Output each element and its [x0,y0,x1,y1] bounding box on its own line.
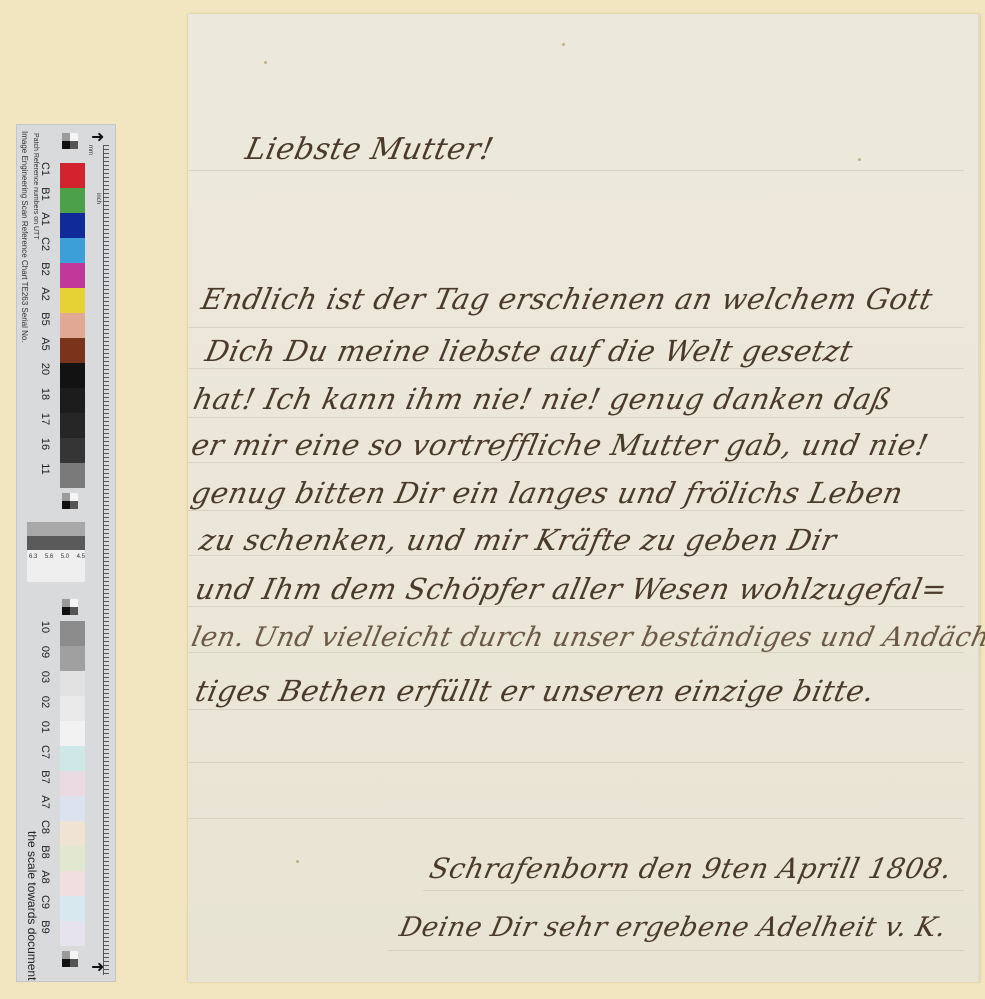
letter-line-6: zu schenken, und mir Kräfte zu geben Dir [196,523,839,557]
patch-c9: C9 [60,896,85,921]
patch-16: 16 [60,438,85,463]
gray-patches: 10 09 03 02 01 [60,621,85,746]
patch-b1: B1 [60,188,85,213]
patch-c8: C8 [60,821,85,846]
patch-a7: A7 [60,796,85,821]
letter-line-9: tiges Bethen erfüllt er unseren einzige … [192,674,877,708]
ruler-unit-mm: mm [87,145,93,155]
scale-footer-text: the scale towards document [25,831,39,980]
patch-c1: C1 [60,163,85,188]
patch-b9: B9 [60,921,85,946]
target-patch-reference-text: Patch Reference numbers on UTT [32,133,39,240]
letter-line-8: len. Und vielleicht durch unser beständi… [189,622,985,653]
patch-c7: C7 [60,746,85,771]
letter-line-3: hat! Ich kann ihm nie! nie! genug danken… [190,382,895,416]
checker-mark-top [62,133,78,149]
patch-01: 01 [60,721,85,746]
pastel-patches: C7 B7 A7 C8 B8 A8 C9 B9 [60,746,85,946]
checker-mark-lower [62,599,78,615]
patch-b5: B5 [60,313,85,338]
checker-mark-middle [62,493,78,509]
patch-02: 02 [60,696,85,721]
letter-dateline: Schrafenborn den 9ten Aprill 1808. [426,852,955,885]
letter-line-2: Dich Du meine liebste auf die Welt geset… [202,334,855,368]
resolution-block: 6.3 5.6 5.0 4.5 [27,522,85,582]
letter-line-4: er mir eine so vortreffliche Mutter gab,… [188,428,931,462]
letter-line-1: Endlich ist der Tag erschienen an welche… [198,282,936,316]
patch-b7: B7 [60,771,85,796]
letter-paper: Liebste Mutter! Endlich ist der Tag ersc… [188,14,980,982]
patch-a8: A8 [60,871,85,896]
patch-11: 11 [60,463,85,488]
patch-a5: A5 [60,338,85,363]
letter-line-5: genug bitten Dir ein langes und frölichs… [188,476,906,510]
letter-signature: Deine Dir sehr ergebene Adelheit v. K. [397,912,949,943]
patch-20: 20 [60,363,85,388]
patch-c2: C2 [60,238,85,263]
ruler-unit-inch: inch [95,193,101,204]
letter-line-7: und Ihm dem Schöpfer aller Wesen wohlzug… [192,572,950,606]
patch-18: 18 [60,388,85,413]
color-patches: C1 B1 A1 C2 B2 A2 B5 A5 20 18 17 16 11 [60,163,85,488]
patch-a2: A2 [60,288,85,313]
patch-b2: B2 [60,263,85,288]
patch-10: 10 [60,621,85,646]
resolution-labels: 6.3 5.6 5.0 4.5 [29,554,85,560]
patch-17: 17 [60,413,85,438]
patch-b8: B8 [60,846,85,871]
arrow-right-icon: ➜ [91,127,104,146]
measurement-ruler [103,145,114,975]
letter-salutation: Liebste Mutter! [242,132,496,167]
checker-mark-bottom [62,951,78,967]
color-calibration-target: ➜ Image Engineering Scan Reference Chart… [16,124,116,982]
patch-09: 09 [60,646,85,671]
patch-a1: A1 [60,213,85,238]
patch-03: 03 [60,671,85,696]
